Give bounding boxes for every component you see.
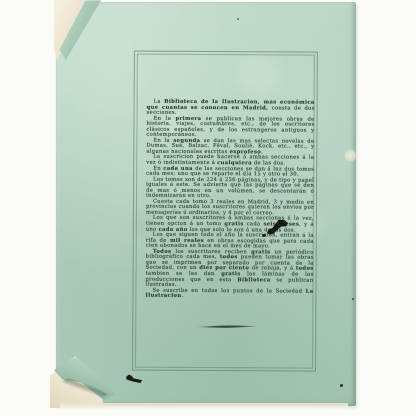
paragraph: Todos los suscritores reciben gratis un …	[145, 249, 313, 289]
paper-speck	[237, 18, 239, 20]
paper-speck	[352, 298, 354, 300]
printed-area: La Biblioteca de la Ilustracion, mas eco…	[55, 1, 357, 407]
paragraph: En la primera se publican las mejores ob…	[146, 116, 314, 139]
paper-stain-right-edge	[344, 149, 357, 162]
photographed-book-scan: La Biblioteca de la Ilustracion, mas eco…	[0, 0, 416, 416]
paragraph: Los tomos son de 224 á 256 páginas, y de…	[146, 177, 314, 200]
page-edges-bottom	[60, 403, 348, 410]
paragraph: Se suscribe en todos los puntos de la So…	[145, 288, 313, 300]
advertisement-text-block: La Biblioteca de la Ilustracion, mas eco…	[145, 100, 314, 301]
book-back-cover: La Biblioteca de la Ilustracion, mas eco…	[56, 2, 356, 406]
paper-speck	[340, 384, 343, 387]
